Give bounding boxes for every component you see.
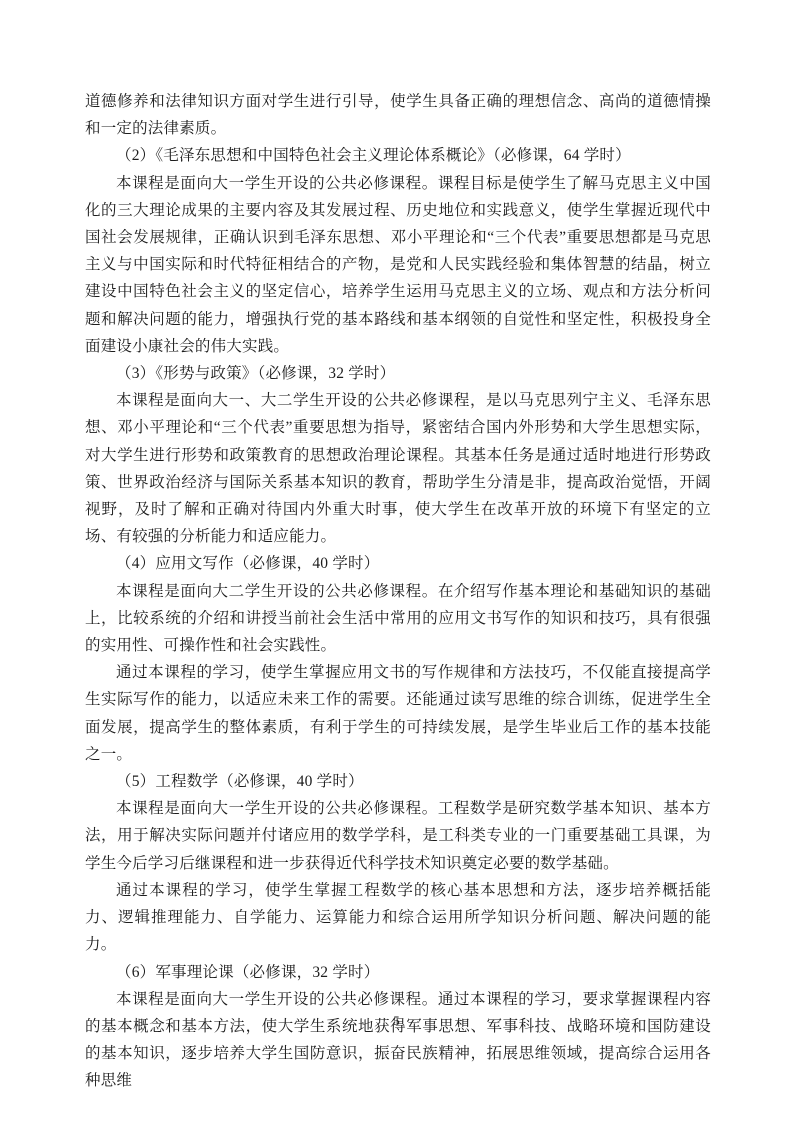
paragraph-body: 通过本课程的学习，使学生掌握应用文书的写作规律和方法技巧，不仅能直接提高学生实际… [85, 659, 711, 768]
document-body: 道德修养和法律知识方面对学生进行引导，使学生具备正确的理想信念、高尚的道德情操和… [85, 88, 711, 1095]
document-page: 道德修养和法律知识方面对学生进行引导，使学生具备正确的理想信念、高尚的道德情操和… [0, 0, 793, 1122]
paragraph-body: 本课程是面向大一学生开设的公共必修课程。通过本课程的学习，要求掌握课程内容的基本… [85, 986, 711, 1095]
paragraph-body: 本课程是面向大一、大二学生开设的公共必修课程，是以马克思列宁主义、毛泽东思想、邓… [85, 387, 711, 550]
paragraph-heading: （3）《形势与政策》（必修课，32 学时） [85, 360, 711, 387]
paragraph-body: 本课程是面向大二学生开设的公共必修课程。在介绍写作基本理论和基础知识的基础上，比… [85, 578, 711, 660]
paragraph-heading: （2）《毛泽东思想和中国特色社会主义理论体系概论》（必修课，64 学时） [85, 142, 711, 169]
paragraph-heading: （5）工程数学（必修课，40 学时） [85, 768, 711, 795]
paragraph-body: 本课程是面向大一学生开设的公共必修课程。课程目标是使学生了解马克思主义中国化的三… [85, 170, 711, 360]
paragraph-heading: （6）军事理论课（必修课，32 学时） [85, 959, 711, 986]
page-number: 5 [0, 1012, 793, 1030]
paragraph-body: 本课程是面向大一学生开设的公共必修课程。工程数学是研究数学基本知识、基本方法，用… [85, 795, 711, 877]
paragraph-body: 通过本课程的学习，使学生掌握工程数学的核心基本思想和方法，逐步培养概括能力、逻辑… [85, 877, 711, 959]
paragraph-continuation: 道德修养和法律知识方面对学生进行引导，使学生具备正确的理想信念、高尚的道德情操和… [85, 88, 711, 142]
paragraph-heading: （4）应用文写作（必修课，40 学时） [85, 550, 711, 577]
